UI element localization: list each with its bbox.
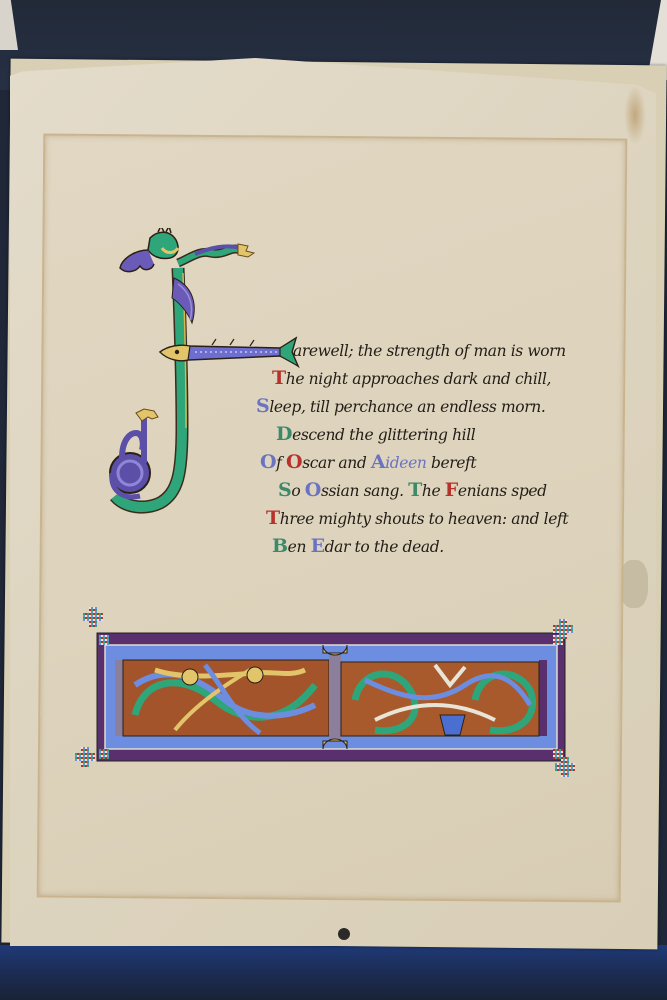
capital-letter: O <box>286 451 302 473</box>
capital-letter: T <box>272 367 286 389</box>
poem-text-fragment: enians sped <box>458 482 547 500</box>
poem-name-aideen: ideen <box>385 454 426 472</box>
poem-line-7: Three mighty shouts to heaven: and left <box>252 505 552 533</box>
poem-text-fragment: f <box>276 454 286 472</box>
capital-letter: T <box>408 479 422 501</box>
folder-background-bottom <box>0 945 667 1000</box>
poem-line-2-text: he night approaches dark and chill, <box>286 370 551 388</box>
poem-text-fragment: en <box>288 538 311 556</box>
poem-text-fragment: he <box>422 482 445 500</box>
poem-line-7-text: hree mighty shouts to heaven: and left <box>280 510 568 528</box>
poem-line-1: arewell; the strength of man is worn <box>252 338 552 365</box>
edge-stain <box>624 85 646 145</box>
capital-letter: D <box>276 423 292 445</box>
water-stain <box>620 560 648 608</box>
poem-line-4: Descend the glittering hill <box>252 421 552 449</box>
poem-line-8: Ben Edar to the dead. <box>252 533 552 561</box>
capital-letter: A <box>371 451 385 473</box>
capital-letter: T <box>266 507 280 529</box>
capital-letter: S <box>256 395 269 417</box>
poem-line-4-text: escend the glittering hill <box>292 426 475 444</box>
ink-spot <box>338 928 350 940</box>
poem-text-fragment: bereft <box>426 454 476 472</box>
poem-line-3-text: leep, till perchance an endless morn. <box>269 398 545 416</box>
poem-line-2: The night approaches dark and chill, <box>252 365 552 393</box>
poem-line-3: Sleep, till perchance an endless morn. <box>252 393 552 421</box>
capital-letter: E <box>311 535 325 557</box>
capital-letter: O <box>305 479 321 501</box>
poem-text-fragment: scar and <box>302 454 371 472</box>
capital-letter: F <box>445 479 458 501</box>
capital-letter: O <box>260 451 276 473</box>
poem-text-fragment: ssian sang. <box>321 482 408 500</box>
poem-line-1-text: arewell; the strength of man is worn <box>293 342 566 360</box>
capital-letter: S <box>278 479 291 501</box>
poem-text-fragment: o <box>291 482 304 500</box>
poem-text-fragment: dar to the dead. <box>325 538 444 556</box>
poem-line-5: Of Oscar and Aideen bereft <box>252 449 552 477</box>
capital-letter: B <box>272 535 288 557</box>
poem-line-6: So Ossian sang. The Fenians sped <box>252 477 552 505</box>
celtic-knotwork-panel-icon <box>75 605 590 785</box>
poem-text: arewell; the strength of man is worn The… <box>252 338 552 561</box>
